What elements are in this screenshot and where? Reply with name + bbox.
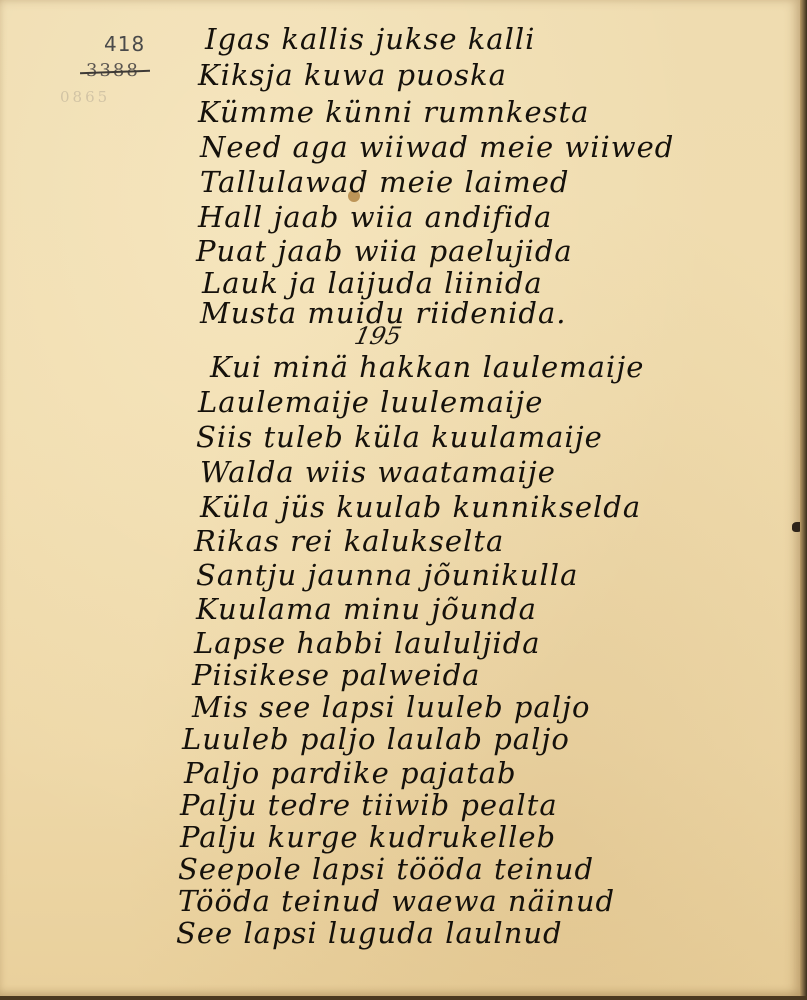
verse-line: Hall jaab wiia andifida [198, 200, 552, 234]
archive-number: 418 [104, 32, 145, 56]
verse-line: Kümme künni rumnkesta [198, 95, 589, 129]
verse-line: Mis see lapsi luuleb paljo [192, 690, 590, 724]
verse-line: Paljo pardike pajatab [184, 756, 517, 790]
verse-line: Kui minä hakkan laulemaije [210, 350, 644, 384]
verse-line: Puat jaab wiia paelujida [196, 234, 573, 268]
song-number: 195 [352, 322, 404, 350]
verse-line: Piisikese palweida [192, 658, 480, 692]
verse-line: Palju kurge kudrukelleb [180, 820, 556, 854]
verse-line: Palju tedre tiiwib pealta [180, 788, 558, 822]
struck-old-number: 3388 [86, 60, 140, 81]
verse-line: Lapse habbi laululjida [194, 626, 541, 660]
verse-line: Tööda teinud waewa näinud [178, 884, 615, 918]
verse-line: Rikas rei kalukselta [194, 524, 504, 558]
verse-line: Need aga wiiwad meie wiiwed [200, 130, 674, 164]
verse-line: Kuulama minu jõunda [196, 592, 537, 626]
verse-line: Seepole lapsi tööda teinud [178, 852, 594, 886]
verse-line: Walda wiis waatamaije [200, 455, 556, 489]
verse-line: Lauk ja laijuda liinida [202, 266, 543, 300]
verse-line: Luuleb paljo laulab paljo [182, 722, 570, 756]
verse-line: Siis tuleb küla kuulamaije [196, 420, 603, 454]
verse-line: See lapsi luguda laulnud [176, 916, 563, 950]
verse-line: Küla jüs kuulab kunnikselda [200, 490, 641, 524]
verse-line: Laulemaije luulemaije [198, 385, 543, 419]
page-edge-right [800, 0, 807, 1000]
page-edge-bottom [0, 996, 807, 1000]
verse-line: Kiksja kuwa puoska [198, 58, 507, 92]
faded-stamp: 0865 [60, 88, 110, 106]
verse-line: Igas kallis jukse kalli [205, 22, 535, 56]
verse-line: Tallulawad meie laimed [200, 165, 569, 199]
verse-line: Santju jaunna jõunikulla [196, 558, 578, 592]
manuscript-page: 418 3388 0865 Igas kallis jukse kalli Ki… [0, 0, 800, 996]
